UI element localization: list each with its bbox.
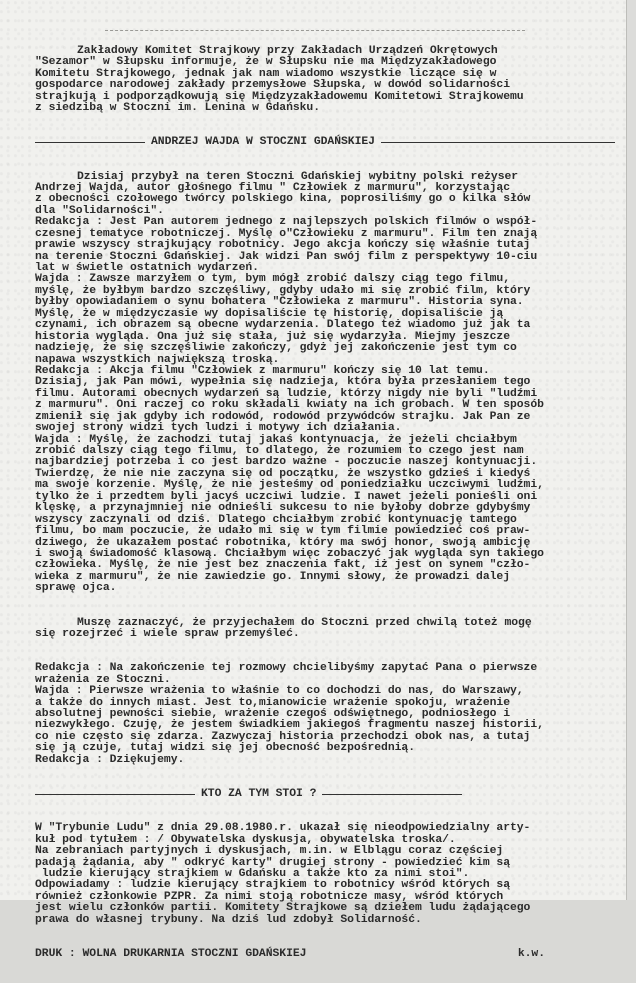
section-heading-wajda: ANDRZEJ WAJDA W STOCZNI GDAŃSKIEJ xyxy=(35,137,615,148)
interview-note: Muszę zaznaczyć, że przyjechałem do Stoc… xyxy=(35,618,615,641)
text-line: swojej strony widzi tych ludzi i motywy … xyxy=(35,423,615,434)
text-line: się ją czuje, tutaj widzi się jej obecno… xyxy=(35,743,615,754)
text-line: Redakcja : Jest Pan autorem jednego z na… xyxy=(35,217,615,228)
text-line: klęskę, a przynajmniej nie odnieśli sukc… xyxy=(35,503,615,514)
text-line: sprawę ojca. xyxy=(35,583,615,594)
intro-paragraph: Zakładowy Komitet Strajkowy przy Zakłada… xyxy=(35,46,615,115)
rule-right xyxy=(322,794,462,795)
section-title: KTO ZA TYM STOI ? xyxy=(201,789,316,800)
text-line: Wajda : Pierwsze wrażenia to właśnie to … xyxy=(35,686,615,697)
text-line: gospodarce narodowej zakłady przemysłowe… xyxy=(35,80,615,91)
text-line: Redakcja : Na zakończenie tej rozmowy ch… xyxy=(35,663,615,674)
text-line: czynami, ich obrazem są obecne wydarzeni… xyxy=(35,320,615,331)
text-line: wieka z marmuru", że nie zawiedzie go. I… xyxy=(35,572,615,583)
text-line: "Sezamor" w Słupsku informuje, że w Słup… xyxy=(35,57,615,68)
rule-right xyxy=(381,142,615,143)
text-line: prawie wszyscy strajkujący robotnicy. Je… xyxy=(35,240,615,251)
text-line: Redakcja : Dziękujemy. xyxy=(35,755,615,766)
scan-edge xyxy=(626,0,636,900)
rule-left xyxy=(35,142,145,143)
interview-text: Dzisiaj przybył na teren Stoczni Gdański… xyxy=(35,172,615,595)
document-page: Zakładowy Komitet Strajkowy przy Zakłada… xyxy=(0,0,626,900)
text-line: z marmuru". Oni raczej co roku składali … xyxy=(35,400,615,411)
section-title: ANDRZEJ WAJDA W STOCZNI GDAŃSKIEJ xyxy=(151,137,375,148)
text-line: się rozejrzeć i wiele spraw przemyśleć. xyxy=(35,629,615,640)
text-line: W "Trybunie Ludu" z dnia 29.08.1980.r. u… xyxy=(35,823,615,834)
interview-text-continued: Redakcja : Na zakończenie tej rozmowy ch… xyxy=(35,663,615,766)
text-line: z siedzibą w Stoczni im. Lenina w Gdańsk… xyxy=(35,103,615,114)
kto-za-tym-stoi-text: W "Trybunie Ludu" z dnia 29.08.1980.r. u… xyxy=(35,823,615,900)
section-heading-kto: KTO ZA TYM STOI ? xyxy=(35,789,615,800)
rule-left xyxy=(35,794,195,795)
text-line: Na zebraniach partyjnych i dyskusjach, m… xyxy=(35,846,615,857)
text-line: filmu, bo mam poczucie, że udało mi się … xyxy=(35,526,615,537)
text-line: również członkowie PZPR. Za nimi stoją r… xyxy=(35,892,615,900)
bulletin-text: Zakładowy Komitet Strajkowy przy Zakłada… xyxy=(35,23,615,900)
text-line: nadzieję, że się szczęśliwie zakończy, g… xyxy=(35,343,615,354)
